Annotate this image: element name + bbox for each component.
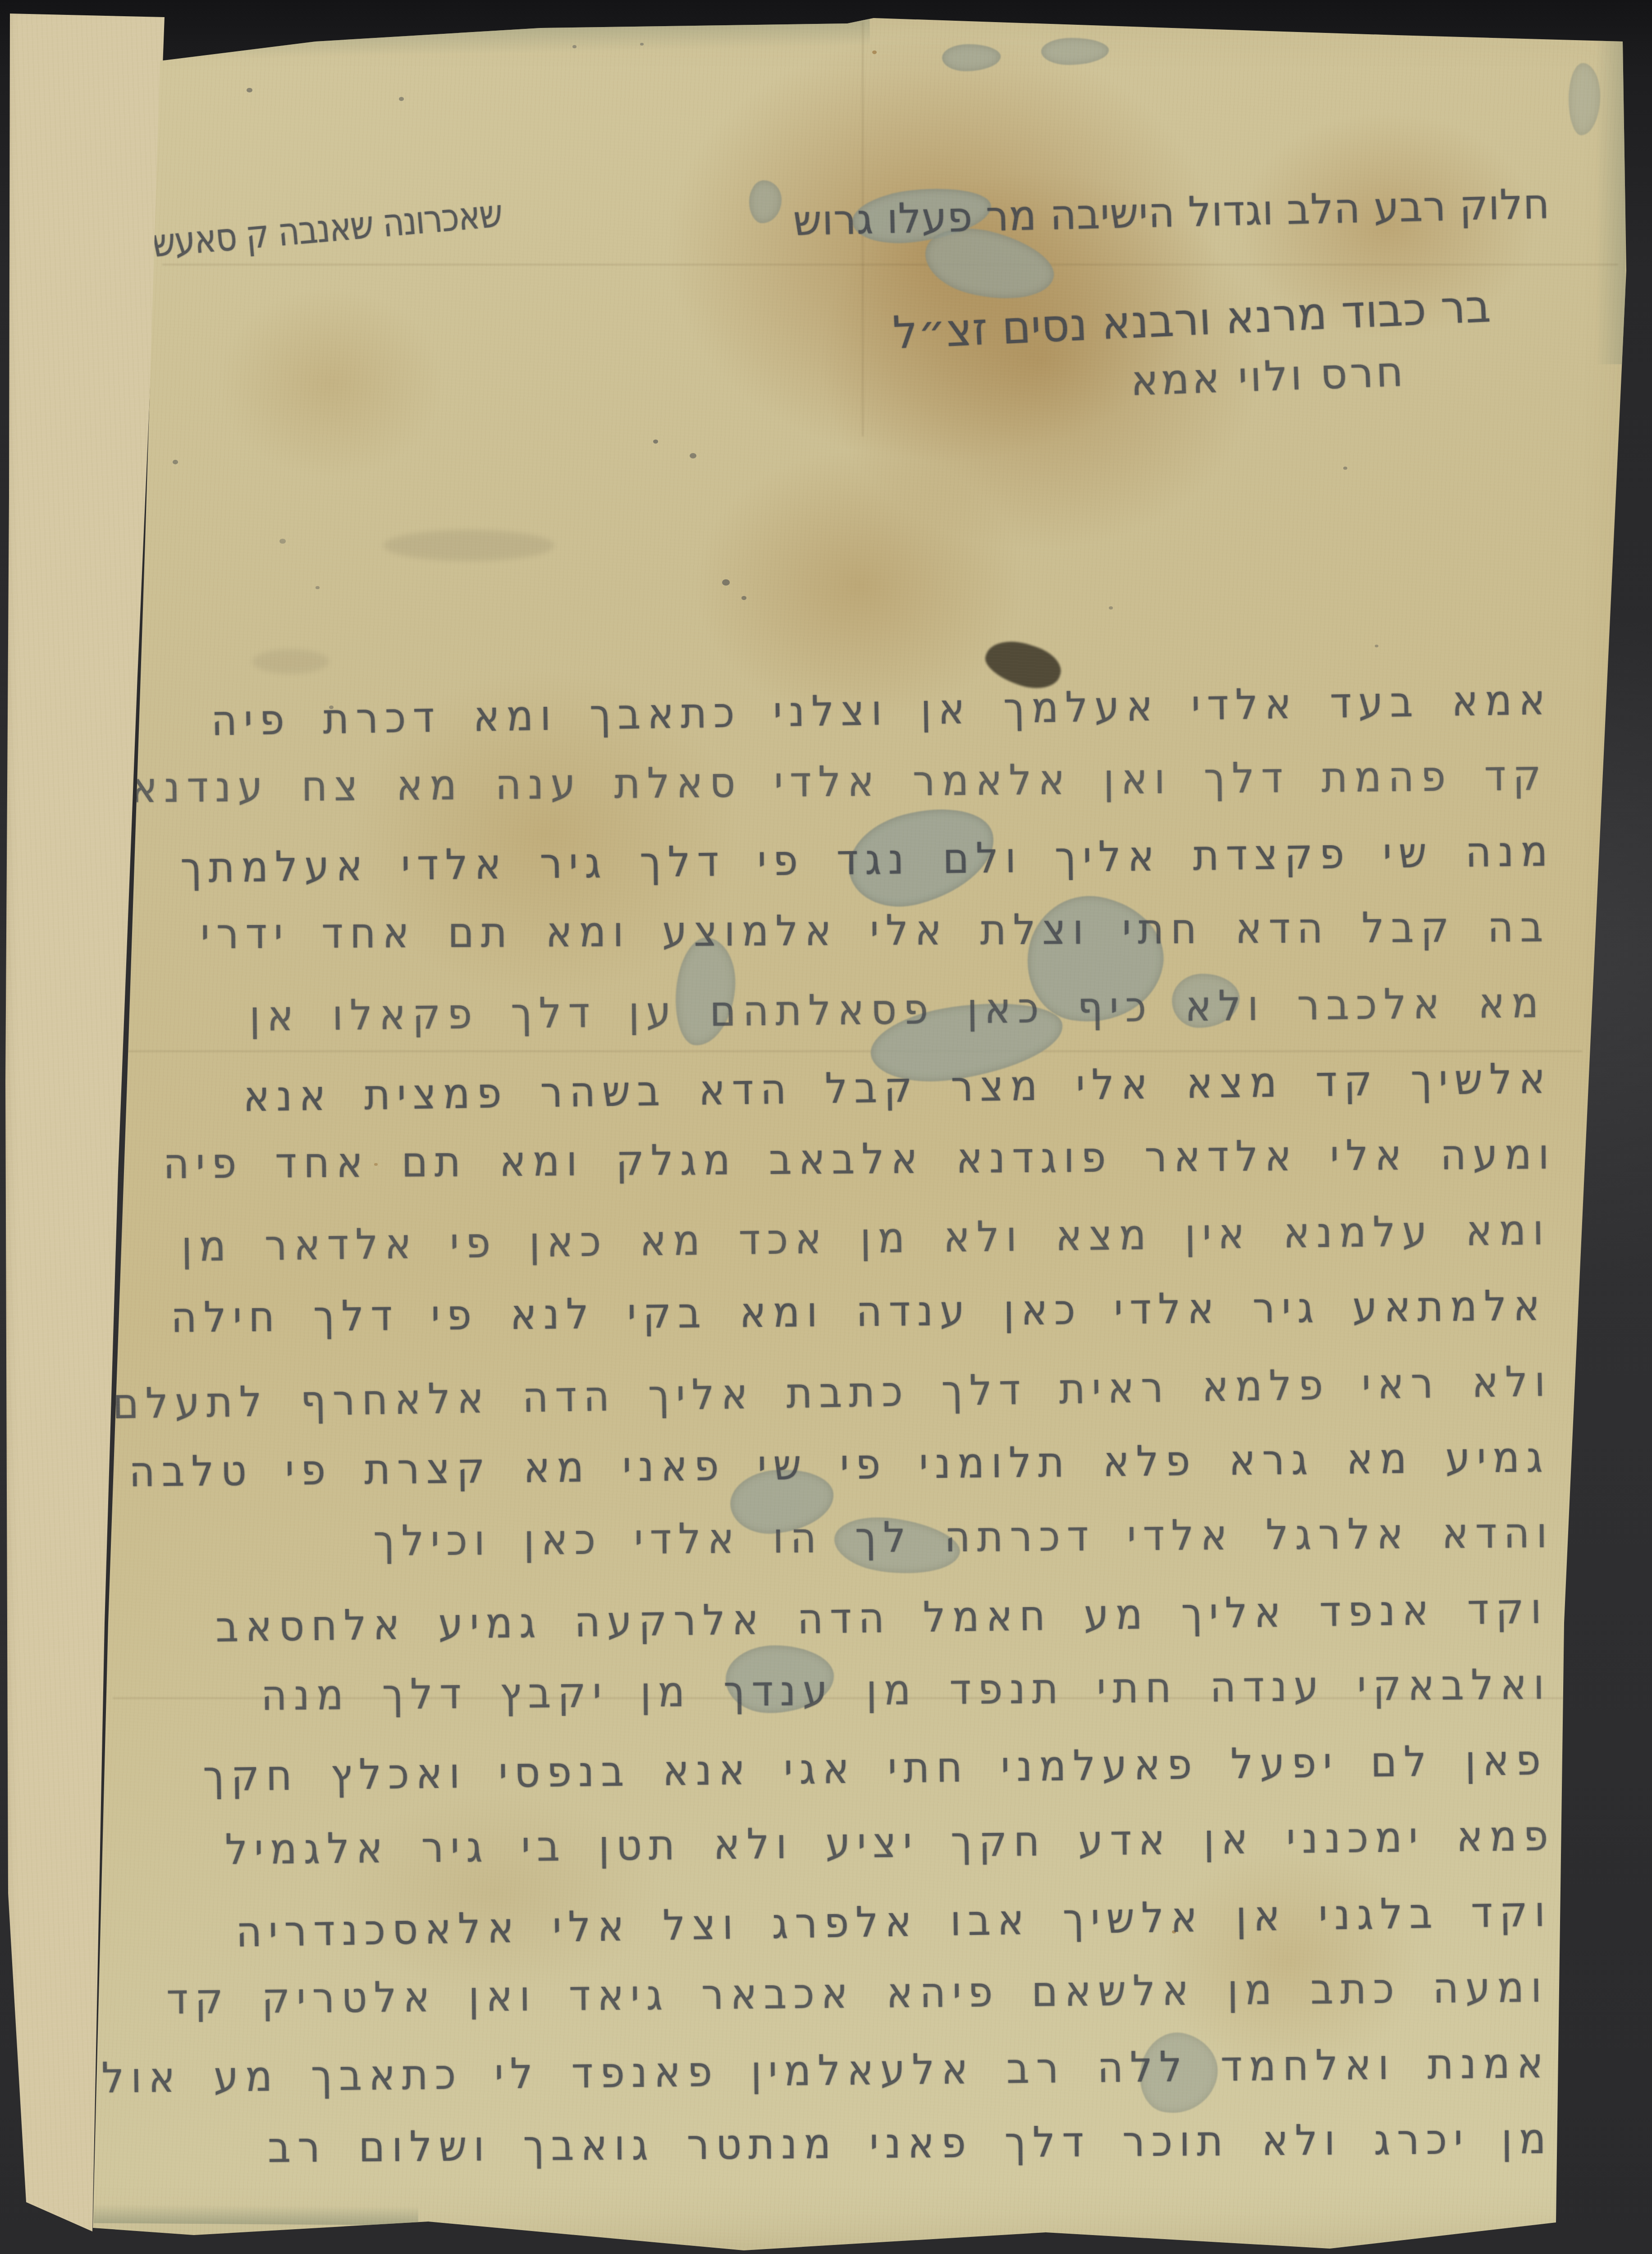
body-line: פאן לם יפעל פאעלמני חתי אגי אנא בנפסי וא…: [203, 1735, 1548, 1801]
ink-speck: [399, 97, 404, 101]
ink-speck: [653, 440, 658, 444]
ink-speck: [872, 50, 877, 54]
body-line: אלמתאע גיר אלדי כאן ענדה ומא בקי לנא פי …: [171, 1281, 1547, 1342]
body-line: אמנת ואלחמד ללה רב אלעאלמין פאנפד לי כתא…: [101, 2038, 1550, 2103]
page-right-edge-residue: [1596, 40, 1625, 364]
body-line: וקד אנפד אליך מע חאמל הדה אלרקעה גמיע אל…: [215, 1584, 1549, 1651]
grey-damage-patch: [749, 180, 782, 223]
fold-crease: [162, 264, 1618, 266]
fold-crease: [117, 1050, 1582, 1052]
header-left-note: שאכרונה שאנבה ק סאעש על: [103, 191, 504, 270]
header-subline: חרס ולוי אמא: [1130, 347, 1407, 405]
body-line: מנה שי פקצדת אליך ולם נגד פי דלך גיר אלד…: [180, 826, 1554, 892]
grey-damage-patch: [1569, 63, 1600, 135]
page-top-edge-residue: [153, 13, 870, 60]
ink-speck: [690, 453, 696, 458]
ink-speck: [741, 596, 746, 600]
ink-speck: [572, 45, 577, 48]
ink-offset-smudge: [383, 530, 554, 561]
header-title-line: חלוק רבע הלב וגדול הישיבה מר פעלו גרוש: [792, 179, 1550, 245]
body-line: פמא ימכנני אן אדע חקך יציע ולא תטן בי גי…: [224, 1811, 1555, 1874]
grey-damage-patch: [942, 44, 1001, 71]
page-bottom-edge-residue: [94, 2204, 418, 2225]
ink-speck: [1343, 467, 1347, 470]
body-line: ומעה כתב מן אלשאם פיהא אכבאר גיאד ואן אל…: [166, 1962, 1549, 2024]
ink-speck: [173, 460, 178, 464]
manuscript-page: חלוק רבע הלב וגדול הישיבה מר פעלו גרוש ש…: [0, 0, 1652, 2254]
body-line: ולא ראי פלמא ראית דלך כתבת אליך הדה אלאח…: [112, 1356, 1552, 1428]
ink-speck: [247, 88, 252, 92]
body-line: מא אלכבר ולא כיף כאן פסאלתהם ען דלך פקאל…: [249, 978, 1546, 1040]
photograph-backdrop: חלוק רבע הלב וגדול הישיבה מר פעלו גרוש ש…: [0, 0, 1652, 2254]
body-line: וקד בלגני אן אלשיך אבו אלפרג וצל אלי אלא…: [236, 1887, 1552, 1956]
body-line: ומא עלמנא אין מצא ולא מן אכד מא כאן פי א…: [181, 1205, 1550, 1271]
ink-offset-smudge: [252, 649, 329, 674]
ink-speck: [722, 579, 730, 586]
ink-speck: [1375, 645, 1378, 647]
ink-speck: [640, 43, 644, 46]
body-line: ואלבאקי ענדה חתי תנפד מן ענדך מן יקבץ דל…: [261, 1659, 1551, 1720]
ink-speck: [316, 586, 320, 589]
body-line: מן יכרג ולא תוכר דלך פאני מנתטר גואבך וש…: [268, 2114, 1553, 2172]
body-line: קד פהמת דלך ואן אלאמר אלדי סאלת ענה מא צ…: [130, 751, 1547, 812]
ink-speck: [279, 539, 286, 544]
body-line: גמיע מא גרא פלא תלומני פי שי פאני מא קצר…: [128, 1432, 1549, 1496]
body-line: אמא בעד אלדי אעלמך אן וצלני כתאבך ומא דכ…: [211, 675, 1552, 745]
grey-damage-patch: [1041, 38, 1109, 65]
body-line: בה קבל הדא חתי וצלת אלי אלמוצע ומא תם אח…: [200, 902, 1550, 958]
body-line: והדא אלרגל אלדי דכרתה לך הו אלדי כאן וכי…: [373, 1508, 1554, 1565]
body-line: אלשיך קד מצא אלי מצר קבל הדא בשהר פמצית …: [243, 1054, 1552, 1121]
body-line: ומעה אלי אלדאר פוגדנא אלבאב מגלק ומא תם …: [163, 1129, 1556, 1188]
ink-speck: [1109, 606, 1113, 609]
